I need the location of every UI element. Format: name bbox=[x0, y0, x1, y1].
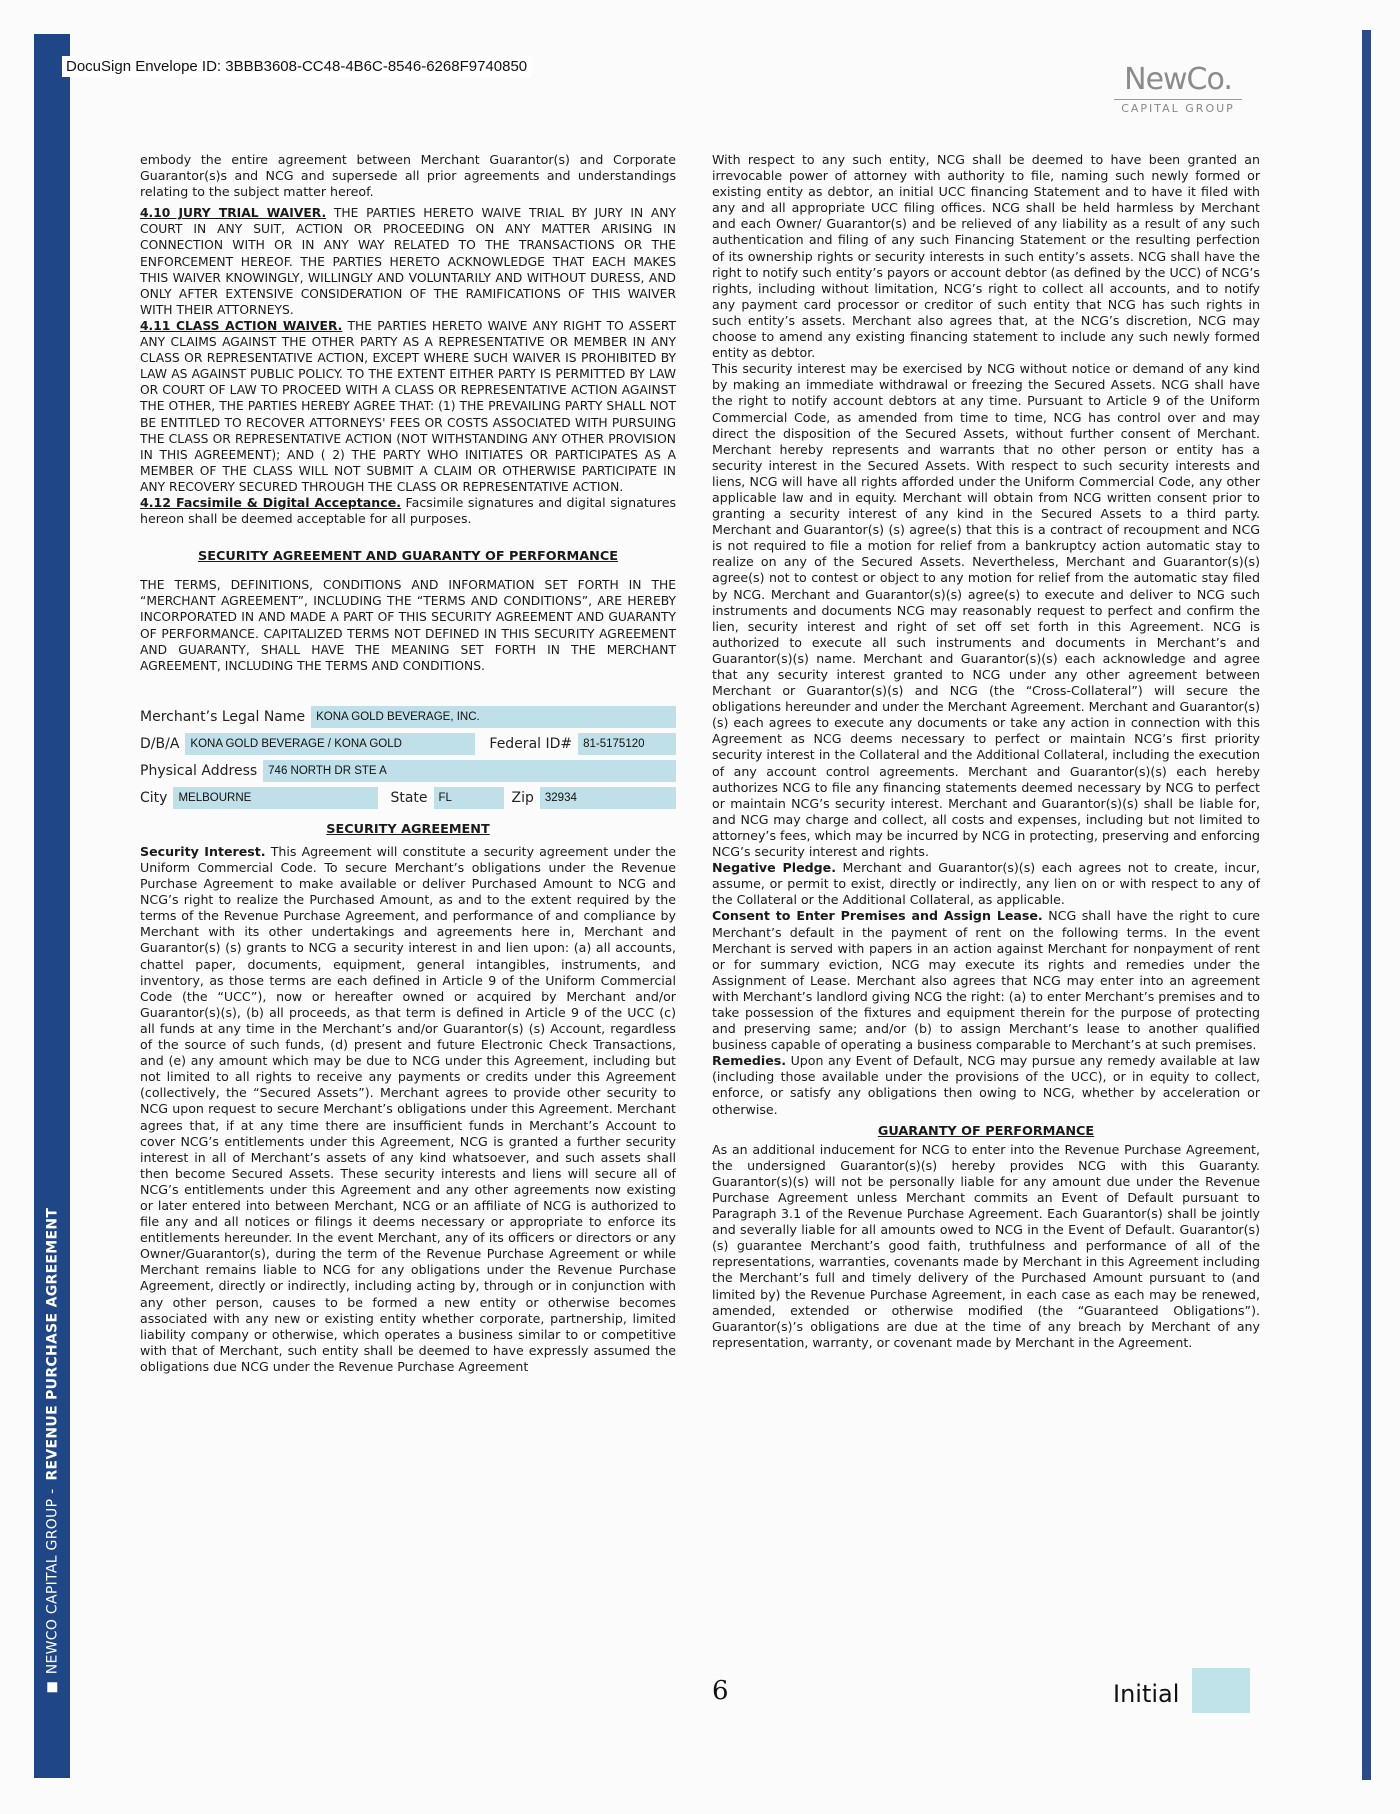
address-row: Physical Address 746 NORTH DR STE A bbox=[140, 758, 676, 785]
logo-subtitle: CAPITAL GROUP bbox=[1108, 102, 1248, 115]
initial-field[interactable] bbox=[1192, 1668, 1250, 1713]
federal-id-label: Federal ID# bbox=[489, 736, 572, 752]
legal-name-field[interactable]: KONA GOLD BEVERAGE, INC. bbox=[311, 706, 676, 728]
side-band-title: REVENUE PURCHASE AGREEMENT bbox=[44, 1208, 60, 1481]
left-column: embody the entire agreement between Merc… bbox=[140, 152, 676, 1375]
docusign-envelope-id: DocuSign Envelope ID: 3BBB3608-CC48-4B6C… bbox=[62, 56, 531, 77]
state-label: State bbox=[390, 790, 427, 806]
address-field[interactable]: 746 NORTH DR STE A bbox=[263, 760, 676, 782]
negative-pledge-title: Negative Pledge. bbox=[712, 860, 836, 875]
consent-premises-body: NCG shall have the right to cure Merchan… bbox=[712, 908, 1260, 1052]
section-4-11-body: THE PARTIES HERETO WAIVE ANY RIGHT TO AS… bbox=[140, 319, 676, 494]
zip-label: Zip bbox=[512, 790, 534, 806]
legal-name-label: Merchant’s Legal Name bbox=[140, 709, 305, 725]
intro-paragraph: embody the entire agreement between Merc… bbox=[140, 152, 676, 200]
section-4-10: 4.10 JURY TRIAL WAIVER. THE PARTIES HERE… bbox=[140, 205, 676, 318]
city-label: City bbox=[140, 790, 167, 806]
guaranty-paragraph: As an additional inducement for NCG to e… bbox=[712, 1142, 1260, 1351]
heading-security-agreement: SECURITY AGREEMENT bbox=[140, 822, 676, 838]
federal-id-field[interactable]: 81-5175120 bbox=[578, 733, 676, 755]
security-exercise-paragraph: This security interest may be exercised … bbox=[712, 361, 1260, 860]
dba-row: D/B/A KONA GOLD BEVERAGE / KONA GOLD Fed… bbox=[140, 731, 676, 758]
remedies-title: Remedies. bbox=[712, 1053, 786, 1068]
initial-label: Initial bbox=[1113, 1680, 1179, 1708]
remedies-paragraph: Remedies. Upon any Event of Default, NCG… bbox=[712, 1053, 1260, 1117]
legal-name-row: Merchant’s Legal Name KONA GOLD BEVERAGE… bbox=[140, 704, 676, 731]
logo-divider bbox=[1114, 99, 1242, 100]
section-4-11-title: 4.11 CLASS ACTION WAIVER. bbox=[140, 319, 342, 333]
city-state-zip-row: City MELBOURNE State FL Zip 32934 bbox=[140, 785, 676, 812]
terms-incorporation-paragraph: THE TERMS, DEFINITIONS, CONDITIONS AND I… bbox=[140, 577, 676, 674]
section-4-12: 4.12 Facsimile & Digital Acceptance. Fac… bbox=[140, 495, 676, 527]
page-number: 6 bbox=[712, 1676, 729, 1706]
right-column: With respect to any such entity, NCG sha… bbox=[712, 152, 1260, 1351]
remedies-body: Upon any Event of Default, NCG may pursu… bbox=[712, 1053, 1260, 1116]
security-interest-body: This Agreement will constitute a securit… bbox=[140, 844, 676, 1374]
square-bullet-icon bbox=[47, 1682, 57, 1692]
dba-field[interactable]: KONA GOLD BEVERAGE / KONA GOLD bbox=[185, 733, 475, 755]
state-field[interactable]: FL bbox=[434, 787, 504, 809]
merchant-info-form: Merchant’s Legal Name KONA GOLD BEVERAGE… bbox=[140, 704, 676, 812]
heading-guaranty-of-performance: GUARANTY OF PERFORMANCE bbox=[712, 1124, 1260, 1140]
entity-poa-paragraph: With respect to any such entity, NCG sha… bbox=[712, 152, 1260, 361]
dba-label: D/B/A bbox=[140, 736, 179, 752]
company-logo: NewCo. CAPITAL GROUP bbox=[1108, 64, 1248, 115]
address-label: Physical Address bbox=[140, 763, 257, 779]
side-band-prefix: NEWCO CAPITAL GROUP - bbox=[44, 1489, 60, 1675]
city-field[interactable]: MELBOURNE bbox=[173, 787, 378, 809]
consent-premises-paragraph: Consent to Enter Premises and Assign Lea… bbox=[712, 908, 1260, 1053]
right-brand-band bbox=[1362, 30, 1371, 1780]
heading-security-and-guaranty: SECURITY AGREEMENT AND GUARANTY OF PERFO… bbox=[140, 549, 676, 565]
section-4-10-body: THE PARTIES HERETO WAIVE TRIAL BY JURY I… bbox=[140, 206, 676, 317]
security-interest-title: Security Interest. bbox=[140, 844, 266, 859]
consent-premises-title: Consent to Enter Premises and Assign Lea… bbox=[712, 908, 1043, 923]
section-4-11: 4.11 CLASS ACTION WAIVER. THE PARTIES HE… bbox=[140, 318, 676, 495]
zip-field[interactable]: 32934 bbox=[540, 787, 676, 809]
security-interest-paragraph: Security Interest. This Agreement will c… bbox=[140, 844, 676, 1375]
section-4-12-title: 4.12 Facsimile & Digital Acceptance. bbox=[140, 495, 401, 510]
side-band-label: NEWCO CAPITAL GROUP - REVENUE PURCHASE A… bbox=[34, 1160, 70, 1740]
section-4-10-title: 4.10 JURY TRIAL WAIVER. bbox=[140, 206, 326, 220]
logo-brand: NewCo. bbox=[1108, 64, 1248, 96]
negative-pledge-paragraph: Negative Pledge. Merchant and Guarantor(… bbox=[712, 860, 1260, 908]
